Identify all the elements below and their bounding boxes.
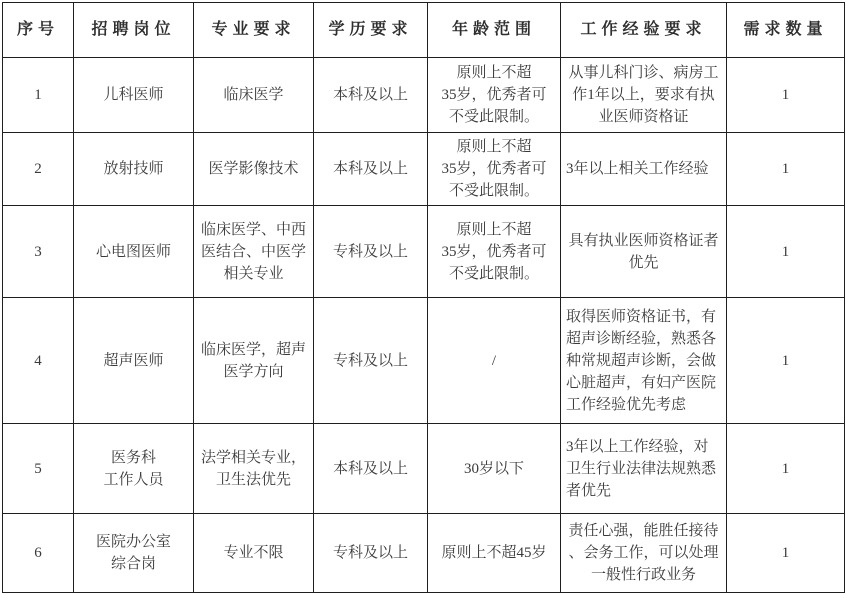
cell-quantity: 1 <box>727 58 845 133</box>
cell-position: 医务科 工作人员 <box>74 424 194 514</box>
document-page: 序号 招聘岗位 专业要求 学历要求 年龄范围 工作经验要求 需求数量 1 儿科医… <box>0 0 846 594</box>
recruitment-table: 序号 招聘岗位 专业要求 学历要求 年龄范围 工作经验要求 需求数量 1 儿科医… <box>2 2 845 593</box>
cell-position: 医院办公室 综合岗 <box>74 514 194 593</box>
cell-education: 本科及以上 <box>314 424 428 514</box>
cell-quantity: 1 <box>727 514 845 593</box>
table-row: 3 心电图医师 临床医学、中西 医结合、中医学 相关专业 专科及以上 原则上不超… <box>3 206 845 298</box>
cell-education: 本科及以上 <box>314 58 428 133</box>
header-experience: 工作经验要求 <box>561 3 727 58</box>
cell-major: 专业不限 <box>194 514 314 593</box>
header-major: 专业要求 <box>194 3 314 58</box>
cell-position: 放射技师 <box>74 133 194 206</box>
cell-age: 原则上不超 35岁，优秀者可 不受此限制。 <box>428 133 561 206</box>
cell-education: 专科及以上 <box>314 298 428 424</box>
cell-major: 临床医学、中西 医结合、中医学 相关专业 <box>194 206 314 298</box>
cell-position: 儿科医师 <box>74 58 194 133</box>
cell-education: 专科及以上 <box>314 206 428 298</box>
cell-experience: 责任心强，能胜任接待 、会务工作，可以处理 一般性行政业务 <box>561 514 727 593</box>
cell-quantity: 1 <box>727 424 845 514</box>
cell-experience: 具有执业医师资格证者 优先 <box>561 206 727 298</box>
cell-major: 医学影像技术 <box>194 133 314 206</box>
cell-seq: 1 <box>3 58 74 133</box>
header-seq: 序号 <box>3 3 74 58</box>
cell-age: / <box>428 298 561 424</box>
cell-education: 专科及以上 <box>314 514 428 593</box>
cell-major: 临床医学 <box>194 58 314 133</box>
cell-age: 原则上不超 35岁，优秀者可 不受此限制。 <box>428 58 561 133</box>
cell-age: 原则上不超45岁 <box>428 514 561 593</box>
cell-quantity: 1 <box>727 298 845 424</box>
cell-position: 心电图医师 <box>74 206 194 298</box>
cell-age: 30岁以下 <box>428 424 561 514</box>
cell-seq: 3 <box>3 206 74 298</box>
header-education: 学历要求 <box>314 3 428 58</box>
cell-age: 原则上不超 35岁，优秀者可 不受此限制。 <box>428 206 561 298</box>
cell-quantity: 1 <box>727 133 845 206</box>
cell-experience: 取得医师资格证书，有 超声诊断经验，熟悉各 种常规超声诊断，会做 心脏超声，有妇… <box>561 298 727 424</box>
table-row: 2 放射技师 医学影像技术 本科及以上 原则上不超 35岁，优秀者可 不受此限制… <box>3 133 845 206</box>
cell-education: 本科及以上 <box>314 133 428 206</box>
header-position: 招聘岗位 <box>74 3 194 58</box>
cell-experience: 3年以上相关工作经验 <box>561 133 727 206</box>
header-age: 年龄范围 <box>428 3 561 58</box>
cell-quantity: 1 <box>727 206 845 298</box>
table-row: 5 医务科 工作人员 法学相关专业， 卫生法优先 本科及以上 30岁以下 3年以… <box>3 424 845 514</box>
cell-major: 法学相关专业， 卫生法优先 <box>194 424 314 514</box>
cell-seq: 6 <box>3 514 74 593</box>
cell-seq: 2 <box>3 133 74 206</box>
header-quantity: 需求数量 <box>727 3 845 58</box>
cell-experience: 从事儿科门诊、病房工 作1年以上，要求有执 业医师资格证 <box>561 58 727 133</box>
cell-seq: 5 <box>3 424 74 514</box>
table-row: 6 医院办公室 综合岗 专业不限 专科及以上 原则上不超45岁 责任心强，能胜任… <box>3 514 845 593</box>
table-row: 1 儿科医师 临床医学 本科及以上 原则上不超 35岁，优秀者可 不受此限制。 … <box>3 58 845 133</box>
table-header-row: 序号 招聘岗位 专业要求 学历要求 年龄范围 工作经验要求 需求数量 <box>3 3 845 58</box>
cell-position: 超声医师 <box>74 298 194 424</box>
table-row: 4 超声医师 临床医学，超声 医学方向 专科及以上 / 取得医师资格证书，有 超… <box>3 298 845 424</box>
cell-seq: 4 <box>3 298 74 424</box>
cell-experience: 3年以上工作经验，对 卫生行业法律法规熟悉 者优先 <box>561 424 727 514</box>
cell-major: 临床医学，超声 医学方向 <box>194 298 314 424</box>
